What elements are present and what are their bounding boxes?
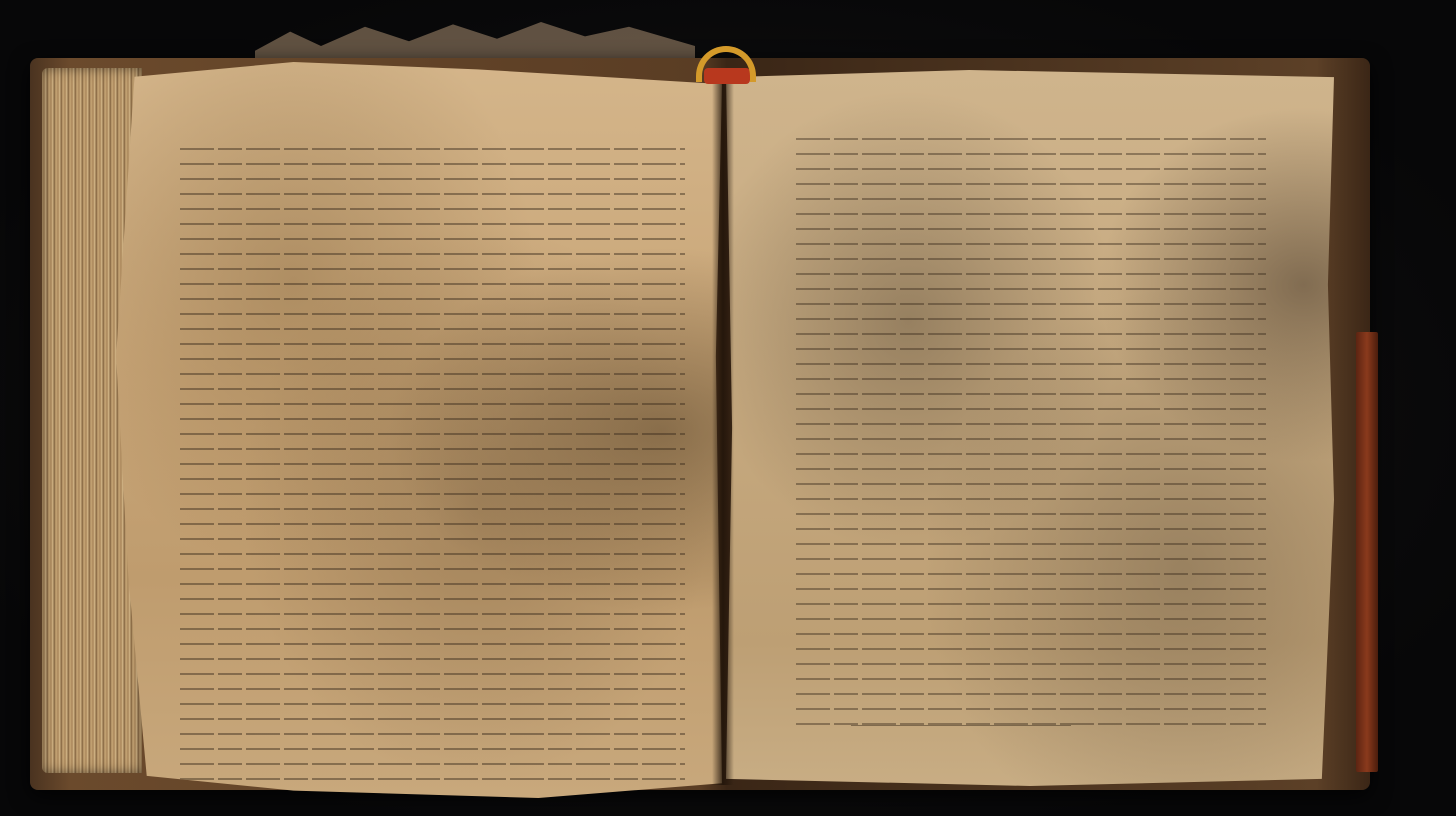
signature-line <box>851 725 1071 756</box>
left-page-text <box>180 140 685 780</box>
right-page-text <box>796 130 1266 730</box>
book-gutter <box>712 70 734 785</box>
leather-strap <box>1356 332 1378 772</box>
left-page <box>110 62 722 798</box>
right-page <box>726 70 1334 786</box>
